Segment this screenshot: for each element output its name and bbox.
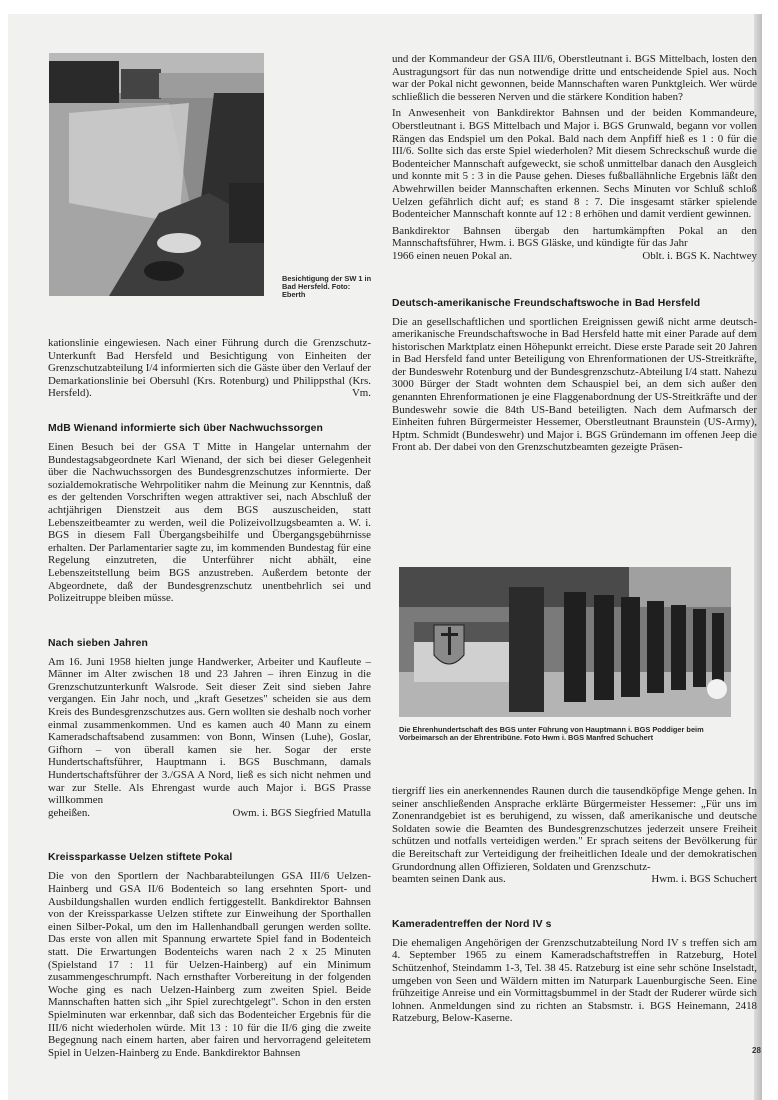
article-last-line: 1966 einen neuen Pokal an. — [392, 250, 512, 263]
paragraph: In Anwesenheit von Bankdirektor Bahnsen … — [392, 107, 757, 220]
article-heading: Kreissparkasse Uelzen stiftete Pokal — [48, 851, 371, 864]
article-heading: Nach sieben Jahren — [48, 637, 371, 650]
article-body: tiergriff lies ein anerkennendes Raunen … — [392, 785, 757, 873]
article-signature: Owm. i. BGS Siegfried Matulla — [232, 807, 371, 820]
right-column: und der Kommandeur der GSA III/6, Oberst… — [392, 53, 757, 454]
article-pokal: Kreissparkasse Uelzen stiftete Pokal Die… — [48, 851, 371, 1059]
photo-parade-caption: Die Ehrenhundertschaft des BGS unter Füh… — [399, 726, 739, 742]
article-body: Die an gesellschaftlichen und sportliche… — [392, 316, 757, 455]
article-last-line: geheißen. — [48, 807, 90, 820]
left-column: kationslinie eingewiesen. Nach einer Füh… — [48, 337, 371, 1059]
photo-sw1-caption: Besichtigung der SW 1 in Bad Hersfeld. F… — [282, 275, 374, 300]
article-signature: Oblt. i. BGS K. Nachtwey — [642, 250, 757, 263]
page-number: 28 — [752, 1046, 761, 1055]
article-wienand: MdB Wienand informierte sich über Nachwu… — [48, 422, 371, 605]
article-closing-line: beamten seinen Dank aus. Hwm. i. BGS Sch… — [392, 873, 757, 886]
right-column-lower: tiergriff lies ein anerkennendes Raunen … — [392, 785, 757, 1025]
freundschaftswoche-continuation: tiergriff lies ein anerkennendes Raunen … — [392, 785, 757, 886]
article-signature: Hwm. i. BGS Schuchert — [651, 873, 757, 886]
photo-illustration — [49, 53, 264, 296]
article-body: Die ehemaligen Angehörigen der Grenzschu… — [392, 937, 757, 1025]
paragraph: Bankdirektor Bahnsen übergab den hartumk… — [392, 225, 757, 250]
intro-continuation: kationslinie eingewiesen. Nach einer Füh… — [48, 337, 371, 400]
photo-illustration — [399, 567, 731, 717]
article-last-line: beamten seinen Dank aus. — [392, 873, 506, 886]
article-heading: MdB Wienand informierte sich über Nachwu… — [48, 422, 371, 435]
intro-continuation-signature: Vm. — [48, 387, 371, 400]
paragraph: und der Kommandeur der GSA III/6, Oberst… — [392, 53, 757, 103]
article-closing-line: geheißen. Owm. i. BGS Siegfried Matulla — [48, 807, 371, 820]
article-body: Einen Besuch bei der GSA T Mitte in Hang… — [48, 441, 371, 605]
photo-sw1-inspection — [49, 53, 264, 296]
pokal-continuation: und der Kommandeur der GSA III/6, Oberst… — [392, 53, 757, 263]
article-kameradentreffen: Kameradentreffen der Nord IV s Die ehema… — [392, 918, 757, 1025]
article-body: Die von den Sportlern der Nachbarabteilu… — [48, 870, 371, 1059]
article-heading: Deutsch-amerikanische Freundschaftswoche… — [392, 297, 757, 310]
article-freundschaftswoche: Deutsch-amerikanische Freundschaftswoche… — [392, 297, 757, 455]
article-heading: Kameradentreffen der Nord IV s — [392, 918, 757, 931]
photo-honor-company-parade — [399, 567, 731, 717]
article-closing-line: 1966 einen neuen Pokal an. Oblt. i. BGS … — [392, 250, 757, 263]
article-sieben-jahre: Nach sieben Jahren Am 16. Juni 1958 hiel… — [48, 637, 371, 820]
article-body: Am 16. Juni 1958 hielten junge Handwerke… — [48, 656, 371, 807]
